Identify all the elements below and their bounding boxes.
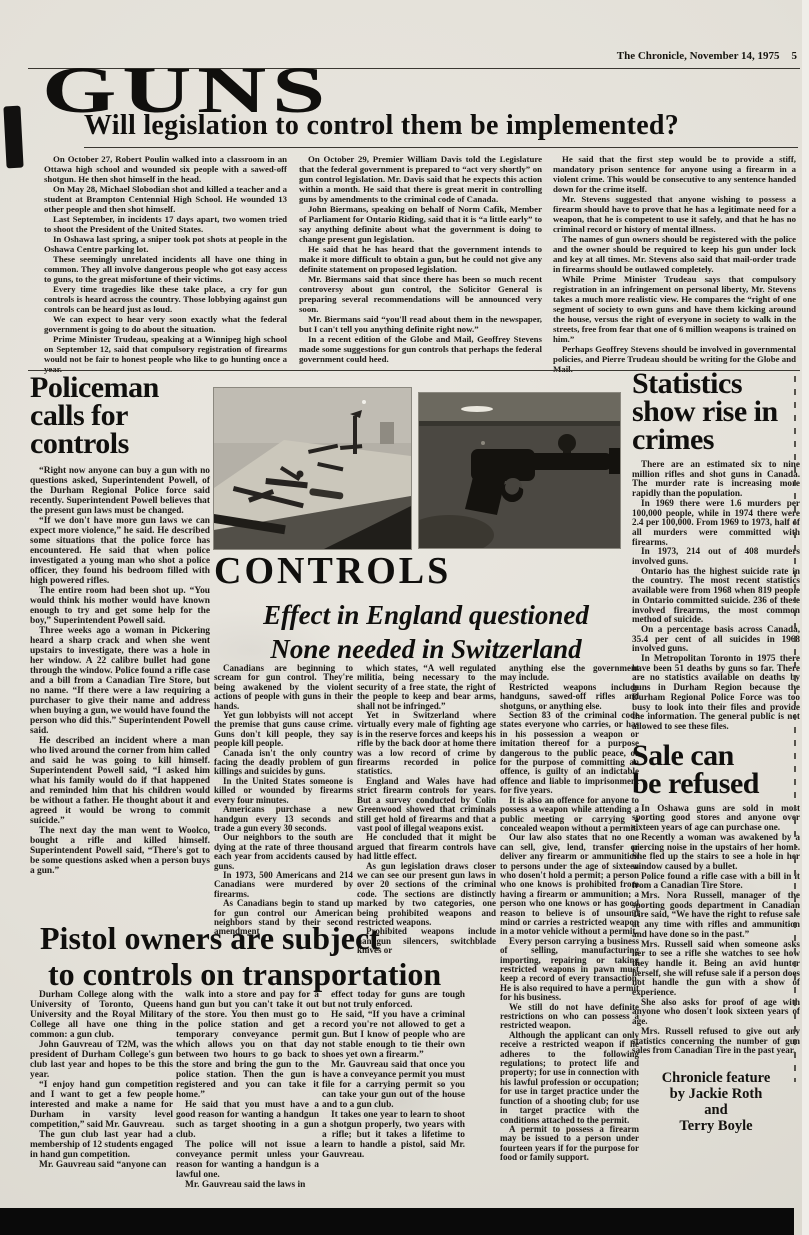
paragraph: There are an estimated six to nine milli… xyxy=(632,460,800,499)
policeman-body: “Right now anyone can buy a gun with no … xyxy=(30,466,210,876)
paragraph: In Metropolitan Toronto in 1975 there ha… xyxy=(632,654,800,732)
paragraph: Our neighbors to the south are dying at … xyxy=(214,833,353,871)
paragraph: Americans purchase a new handgun every 1… xyxy=(214,805,353,833)
confiscated-weapons-photo xyxy=(214,388,411,549)
paragraph: In 1973, 500 Americans and 214 Canadians… xyxy=(214,871,353,899)
paragraph: Mr. Gauvreau said “anyone can xyxy=(30,1160,173,1170)
paragraph: She also asks for proof of age with anyo… xyxy=(632,998,800,1027)
bottom-scan-bar xyxy=(0,1208,794,1235)
paragraph: Mr. Biermans said “you'll read about the… xyxy=(299,314,542,334)
lead-column-3: He said that the first step would be to … xyxy=(553,154,796,374)
paragraph: Durham College along with the University… xyxy=(30,990,173,1040)
paragraph: “Right now anyone can buy a gun with no … xyxy=(30,466,210,516)
paragraph: In Oshawa last spring, a sniper took pot… xyxy=(44,234,287,254)
masthead-title: The Chronicle, November 14, 1975 xyxy=(617,50,780,62)
paragraph: We can expect to hear very soon exactly … xyxy=(44,314,287,334)
paragraph: Prime Minister Trudeau, speaking at a Wi… xyxy=(44,334,287,374)
pistol-headline-line-1: Pistol owners are subject xyxy=(40,922,380,954)
paragraph: Canada isn't the only country facing the… xyxy=(214,749,353,777)
paragraph: “I enjoy hand gun competition and I want… xyxy=(30,1080,173,1130)
paragraph: He concluded that it might be argued tha… xyxy=(357,833,496,861)
paragraph: Mr. Stevens suggested that anyone wishin… xyxy=(553,194,796,234)
pistol-column-3: effect today for guns are tough but not … xyxy=(322,990,465,1160)
page-number: 5 xyxy=(792,50,798,62)
paragraph: These seemingly unrelated incidents all … xyxy=(44,254,287,284)
weapons-table-illustration xyxy=(214,388,411,549)
controls-column-1: Canadians are beginning to scream for gu… xyxy=(214,664,353,937)
handgun-closeup-photo xyxy=(419,393,620,548)
paragraph: Ontario has the highest suicide rate in … xyxy=(632,567,800,625)
sale-headline: Sale can be refused xyxy=(632,742,800,798)
controls-headline: CONTROLS xyxy=(214,552,451,590)
paragraph: He said that the first step would be to … xyxy=(553,154,796,194)
paragraph: effect today for guns are tough but not … xyxy=(322,990,465,1010)
paragraph: Police found a rifle case with a bill in… xyxy=(632,872,800,891)
paragraph: Canadians are beginning to scream for gu… xyxy=(214,664,353,711)
paragraph: The next day the man went to Woolco, bou… xyxy=(30,826,210,876)
handgun-illustration xyxy=(419,393,620,548)
paragraph: Section 83 of the criminal code states e… xyxy=(500,711,639,796)
lead-column-1: On October 27, Robert Poulin walked into… xyxy=(44,154,287,374)
paragraph: “If we don't have more gun laws we can e… xyxy=(30,516,210,586)
sale-body: In Oshawa guns are sold in most sporting… xyxy=(632,804,800,1056)
right-rail: Statistics show rise in crimes There are… xyxy=(632,370,800,1134)
subheadline-rule xyxy=(84,147,798,148)
paragraph: The names of gun owners should be regist… xyxy=(553,234,796,274)
controls-column-2: which states, “A well regulated militia,… xyxy=(357,664,496,956)
paragraph: Yet in Switzerland where virtually every… xyxy=(357,711,496,777)
page-edge-marks xyxy=(794,376,796,1082)
paragraph: walk into a store and pay for a hand gun… xyxy=(176,990,319,1100)
statistics-body: There are an estimated six to nine milli… xyxy=(632,460,800,732)
paragraph: Although the applicant can only receive … xyxy=(500,1031,639,1125)
pistol-headline-line-2: to controls on transportation xyxy=(48,958,441,990)
paragraph: The police will not issue a conveyance p… xyxy=(176,1140,319,1180)
paragraph: It takes one year to learn to shoot a sh… xyxy=(322,1110,465,1160)
sub-headline: Will legislation to control them be impl… xyxy=(84,110,679,142)
controls-deck-line-1: Effect in England questioned xyxy=(214,602,638,629)
paragraph: anything else the government may include… xyxy=(500,664,639,683)
masthead: The Chronicle, November 14, 19755 xyxy=(617,50,797,62)
paragraph: In a recent edition of the Globe and Mai… xyxy=(299,334,542,364)
paragraph: A permit to possess a firearm may be iss… xyxy=(500,1125,639,1163)
paragraph: As gun legislation draws closer we can s… xyxy=(357,862,496,928)
scan-edge xyxy=(802,0,809,1235)
paragraph: In 1973, 214 out of 408 murders involved… xyxy=(632,547,800,566)
paragraph: Restricted weapons include handguns, saw… xyxy=(500,683,639,711)
ink-smudge xyxy=(3,106,23,169)
paragraph: On a percentage basis across Canada, 35.… xyxy=(632,625,800,654)
paragraph: Mrs. Russell said when someone asks her … xyxy=(632,940,800,998)
paragraph: He said that he has heard that the gover… xyxy=(299,244,542,274)
paragraph: Mrs. Nora Russell, manager of the sporti… xyxy=(632,891,800,940)
paragraph: While Prime Minister Trudeau says that c… xyxy=(553,274,796,344)
paragraph: Three weeks ago a woman in Pickering hea… xyxy=(30,626,210,736)
paragraph: Recently a woman was awakened by a pierc… xyxy=(632,833,800,872)
policeman-headline: Policeman calls for controls xyxy=(30,374,210,458)
controls-deck-line-2: None needed in Switzerland xyxy=(214,636,638,663)
paragraph: He said, “If you have a criminal record … xyxy=(322,1010,465,1060)
paragraph: John Gauvreau of T2M, was the president … xyxy=(30,1040,173,1080)
paragraph: The entire room had been shot up. “You w… xyxy=(30,586,210,626)
pistol-column-1: Durham College along with the University… xyxy=(30,990,173,1170)
paragraph: Mrs. Russell refused to give out any sta… xyxy=(632,1027,800,1056)
paragraph: John Biermans, speaking on behalf of Nor… xyxy=(299,204,542,244)
paragraph: In 1969 there were 1.6 murders per 100,0… xyxy=(632,499,800,548)
paragraph: He said that you must have a good reason… xyxy=(176,1100,319,1140)
paragraph: Yet gun lobbyists will not accept the pr… xyxy=(214,711,353,749)
paragraph: Every time tragedies like these take pla… xyxy=(44,284,287,314)
paragraph: Mr. Biermans said that since there has b… xyxy=(299,274,542,314)
statistics-headline: Statistics show rise in crimes xyxy=(632,370,800,454)
paragraph: On October 27, Robert Poulin walked into… xyxy=(44,154,287,184)
paragraph: He described an incident where a man who… xyxy=(30,736,210,826)
paragraph: Mr. Gauvreau said that once you have a c… xyxy=(322,1060,465,1110)
paragraph: In Oshawa guns are sold in most sporting… xyxy=(632,804,800,833)
lead-column-2: On October 29, Premier William Davis tol… xyxy=(299,154,542,364)
paragraph: which states, “A well regulated militia,… xyxy=(357,664,496,711)
paragraph: Our law also states that no one can sell… xyxy=(500,833,639,936)
controls-column-3: anything else the government may include… xyxy=(500,664,639,1163)
paragraph: On May 28, Michael Slobodian shot and ki… xyxy=(44,184,287,214)
paragraph: Last September, in incidents 17 days apa… xyxy=(44,214,287,234)
paragraph: We still do not have definite restrictio… xyxy=(500,1003,639,1031)
article-policeman-calls-for-controls: Policeman calls for controls “Right now … xyxy=(30,374,210,876)
paragraph: The gun club last year had a membership … xyxy=(30,1130,173,1160)
paragraph: Every person carrying a business of sell… xyxy=(500,937,639,1003)
paragraph: Mr. Gauvreau said the laws in xyxy=(176,1180,319,1190)
pistol-column-2: walk into a store and pay for a hand gun… xyxy=(176,990,319,1190)
byline-credit: Chronicle feature by Jackie Roth and Ter… xyxy=(632,1070,800,1134)
paragraph: It is also an offence for anyone to poss… xyxy=(500,796,639,834)
paragraph: England and Wales have had strict firear… xyxy=(357,777,496,833)
paragraph: In the United States someone is killed o… xyxy=(214,777,353,805)
paragraph: On October 29, Premier William Davis tol… xyxy=(299,154,542,204)
